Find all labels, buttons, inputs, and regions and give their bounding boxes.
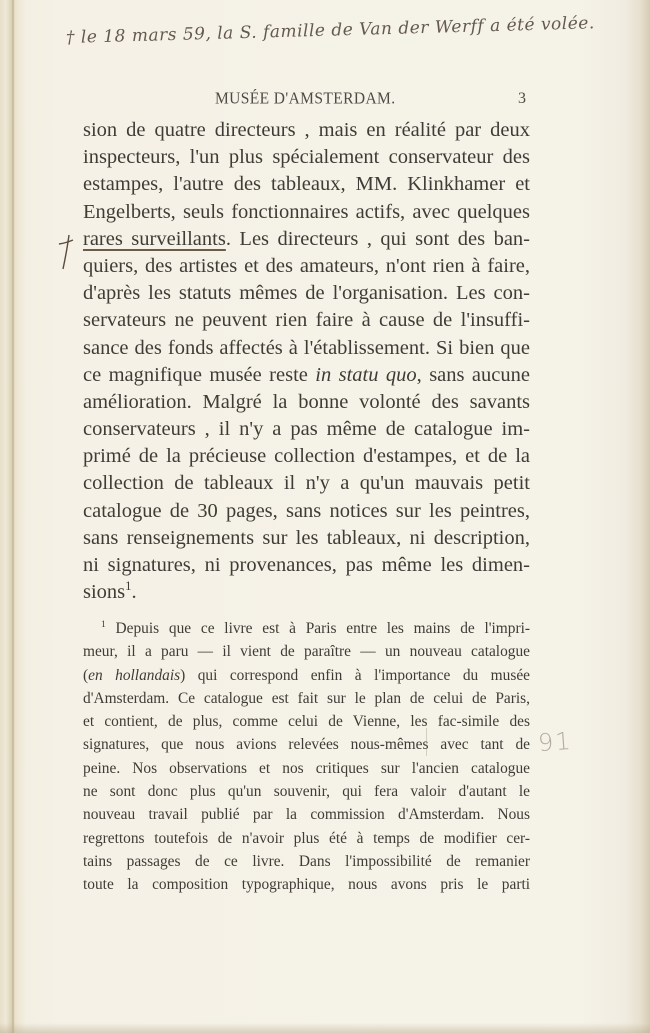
footnote-line: tains passages de ce livre. Dans l'impos… (83, 850, 530, 873)
footnote-line: ne sont donc plus qu'un souvenir, qui fe… (83, 780, 530, 803)
underlined-phrase: rares surveillants (83, 228, 226, 250)
footnote-line: toute la composition typographique, nous… (83, 873, 530, 896)
body-line: inspecteurs, l'un plus spécialement cons… (83, 144, 530, 171)
body-line: sance des fonds affectés à l'établisseme… (83, 335, 530, 362)
footnote-line: signatures, que nous avions relevées nou… (83, 733, 530, 756)
body-line: d'après les statuts mêmes de l'organisat… (83, 280, 530, 307)
margin-cross-mark-icon (56, 232, 76, 272)
page-number: 3 (518, 90, 526, 108)
footnote-line: nouveau travail publié par la commission… (83, 803, 530, 826)
margin-pencil-number: 91 (537, 727, 573, 757)
body-line: catalogue de 30 pages, sans notices sur … (83, 498, 530, 525)
footnote-line: (en hollandais) qui correspond enfin à l… (83, 664, 530, 687)
body-line: Engelberts, seuls fonctionnaires actifs,… (83, 199, 530, 226)
body-line: amélioration. Malgré la bonne volonté de… (83, 389, 530, 416)
body-line: sions1. (83, 579, 530, 606)
body-line: ce magnifique musée reste in statu quo, … (83, 362, 530, 389)
footnote-line: d'Amsterdam. Ce catalogue est fait sur l… (83, 687, 530, 710)
body-line: primé de la précieuse collection d'estam… (83, 443, 530, 470)
body-line: servateurs ne peuvent rien faire à cause… (83, 307, 530, 334)
main-body-text: sion de quatre directeurs , mais en réal… (83, 117, 530, 606)
footnote-line: regrettons toutefois de n'avoir plus été… (83, 827, 530, 850)
italic-phrase: en hollandais (88, 667, 180, 684)
pencil-stroke (426, 728, 427, 756)
running-header-title: MUSÉE D'AMSTERDAM. (215, 89, 396, 108)
footnote-line: 1 Depuis que ce livre est à Paris entre … (83, 617, 530, 640)
body-line: sans renseignements sur les tableaux, ni… (83, 525, 530, 552)
footnote: 1 Depuis que ce livre est à Paris entre … (83, 617, 530, 897)
handwritten-annotation: † le 18 mars 59, la S. famille de Van de… (66, 13, 586, 48)
body-line: sion de quatre directeurs , mais en réal… (83, 117, 530, 144)
footnote-line: meur, il a paru — il vient de paraître —… (83, 640, 530, 663)
body-line: quiers, des artistes et des amateurs, n'… (83, 253, 530, 280)
body-line: collection de tableaux il n'y a qu'un ma… (83, 470, 530, 497)
italic-phrase: in statu quo (315, 364, 416, 386)
body-line: estampes, l'autre des tableaux, MM. Klin… (83, 171, 530, 198)
footnote-line: et contient, de plus, comme celui de Vie… (83, 710, 530, 733)
footnote-line: peine. Nos observations et nos critiques… (83, 757, 530, 780)
body-line: conservateurs , il n'y a pas même de cat… (83, 416, 530, 443)
body-line: rares surveillants. Les directeurs , qui… (83, 226, 530, 253)
page-gutter-edge (12, 0, 14, 1033)
book-page: † le 18 mars 59, la S. famille de Van de… (0, 0, 650, 1033)
body-line: ni signatures, ni provenances, pas même … (83, 552, 530, 579)
